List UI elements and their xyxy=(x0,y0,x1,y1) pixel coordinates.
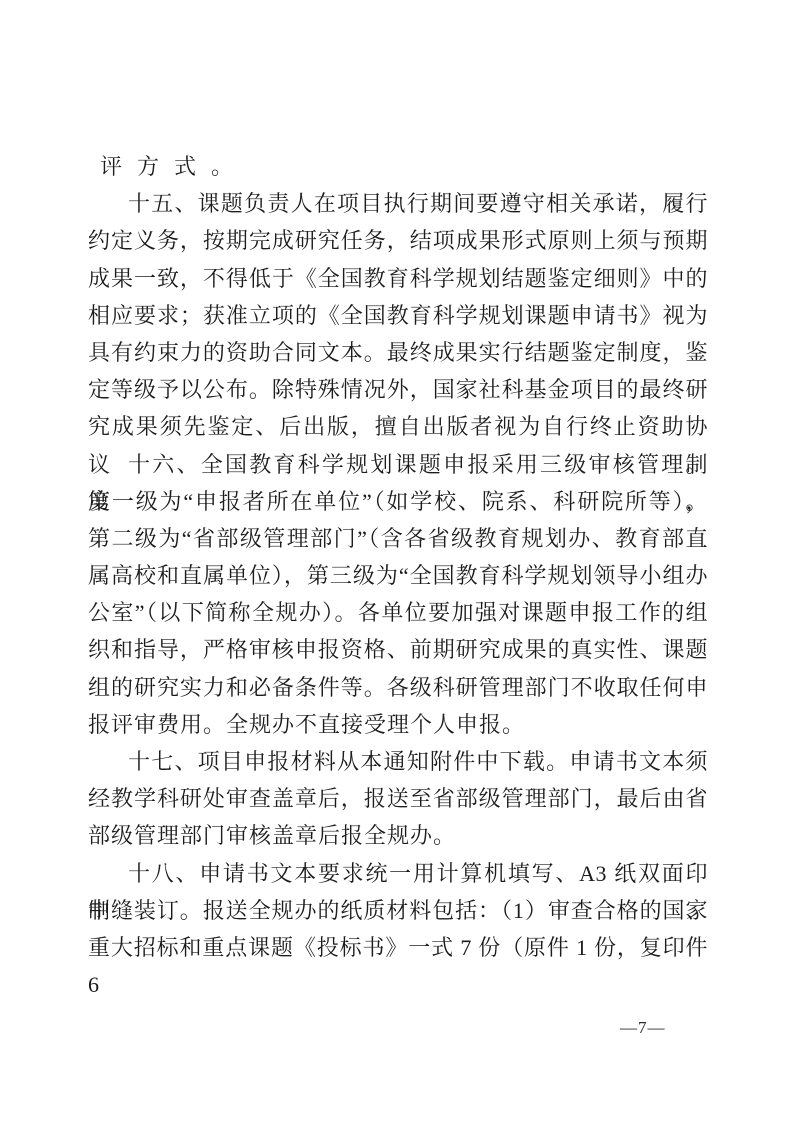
text-line: 约定义务，按期完成研究任务，结项成果形式原则上须与预期 xyxy=(88,222,708,259)
text-line: 公室”（以下简称全规办）。各单位要加强对课题申报工作的组 xyxy=(88,594,708,631)
text-line: 部级管理部门审核盖章后报全规办。 xyxy=(88,817,708,854)
text-line: 十七、项目申报材料从本通知附件中下载。申请书文本须 xyxy=(88,743,708,780)
text-line: 十六、全国教育科学规划课题申报采用三级审核管理制度。 xyxy=(88,446,708,483)
text-line: 织和指导，严格审核申报资格、前期研究成果的真实性、课题 xyxy=(88,631,708,668)
text-line: 第一级为“申报者所在单位”（如学校、院系、科研院所等）， xyxy=(88,483,708,520)
text-line: 评方式。 xyxy=(88,148,708,185)
text-line: 中缝装订。报送全规办的纸质材料包括：（1）审查合格的国家 xyxy=(88,892,708,929)
text-line: 十八、申请书文本要求统一用计算机填写、A3 纸双面印制、 xyxy=(88,855,708,892)
text-line: 属高校和直属单位），第三级为“全国教育科学规划领导小组办 xyxy=(88,557,708,594)
text-line: 报评审费用。全规办不直接受理个人申报。 xyxy=(88,706,708,743)
text-line: 十五、课题负责人在项目执行期间要遵守相关承诺，履行 xyxy=(88,185,708,222)
text-line: 相应要求；获准立项的《全国教育科学规划课题申请书》视为 xyxy=(88,297,708,334)
document-page: 评方式。十五、课题负责人在项目执行期间要遵守相关承诺，履行约定义务，按期完成研究… xyxy=(0,0,793,1122)
text-line: 具有约束力的资助合同文本。最终成果实行结题鉴定制度，鉴 xyxy=(88,334,708,371)
body-text: 评方式。十五、课题负责人在项目执行期间要遵守相关承诺，履行约定义务，按期完成研究… xyxy=(88,148,708,966)
page-number: —7— xyxy=(620,1018,710,1038)
text-line: 组的研究实力和必备条件等。各级科研管理部门不收取任何申 xyxy=(88,669,708,706)
text-line: 定等级予以公布。除特殊情况外，国家社科基金项目的最终研 xyxy=(88,371,708,408)
text-line: 重大招标和重点课题《投标书》一式 7 份（原件 1 份，复印件 6 xyxy=(88,929,708,966)
text-line: 第二级为“省部级管理部门”（含各省级教育规划办、教育部直 xyxy=(88,520,708,557)
text-line: 经教学科研处审查盖章后，报送至省部级管理部门，最后由省 xyxy=(88,780,708,817)
text-line: 究成果须先鉴定、后出版，擅自出版者视为自行终止资助协议。 xyxy=(88,408,708,445)
text-line: 成果一致，不得低于《全国教育科学规划结题鉴定细则》中的 xyxy=(88,260,708,297)
